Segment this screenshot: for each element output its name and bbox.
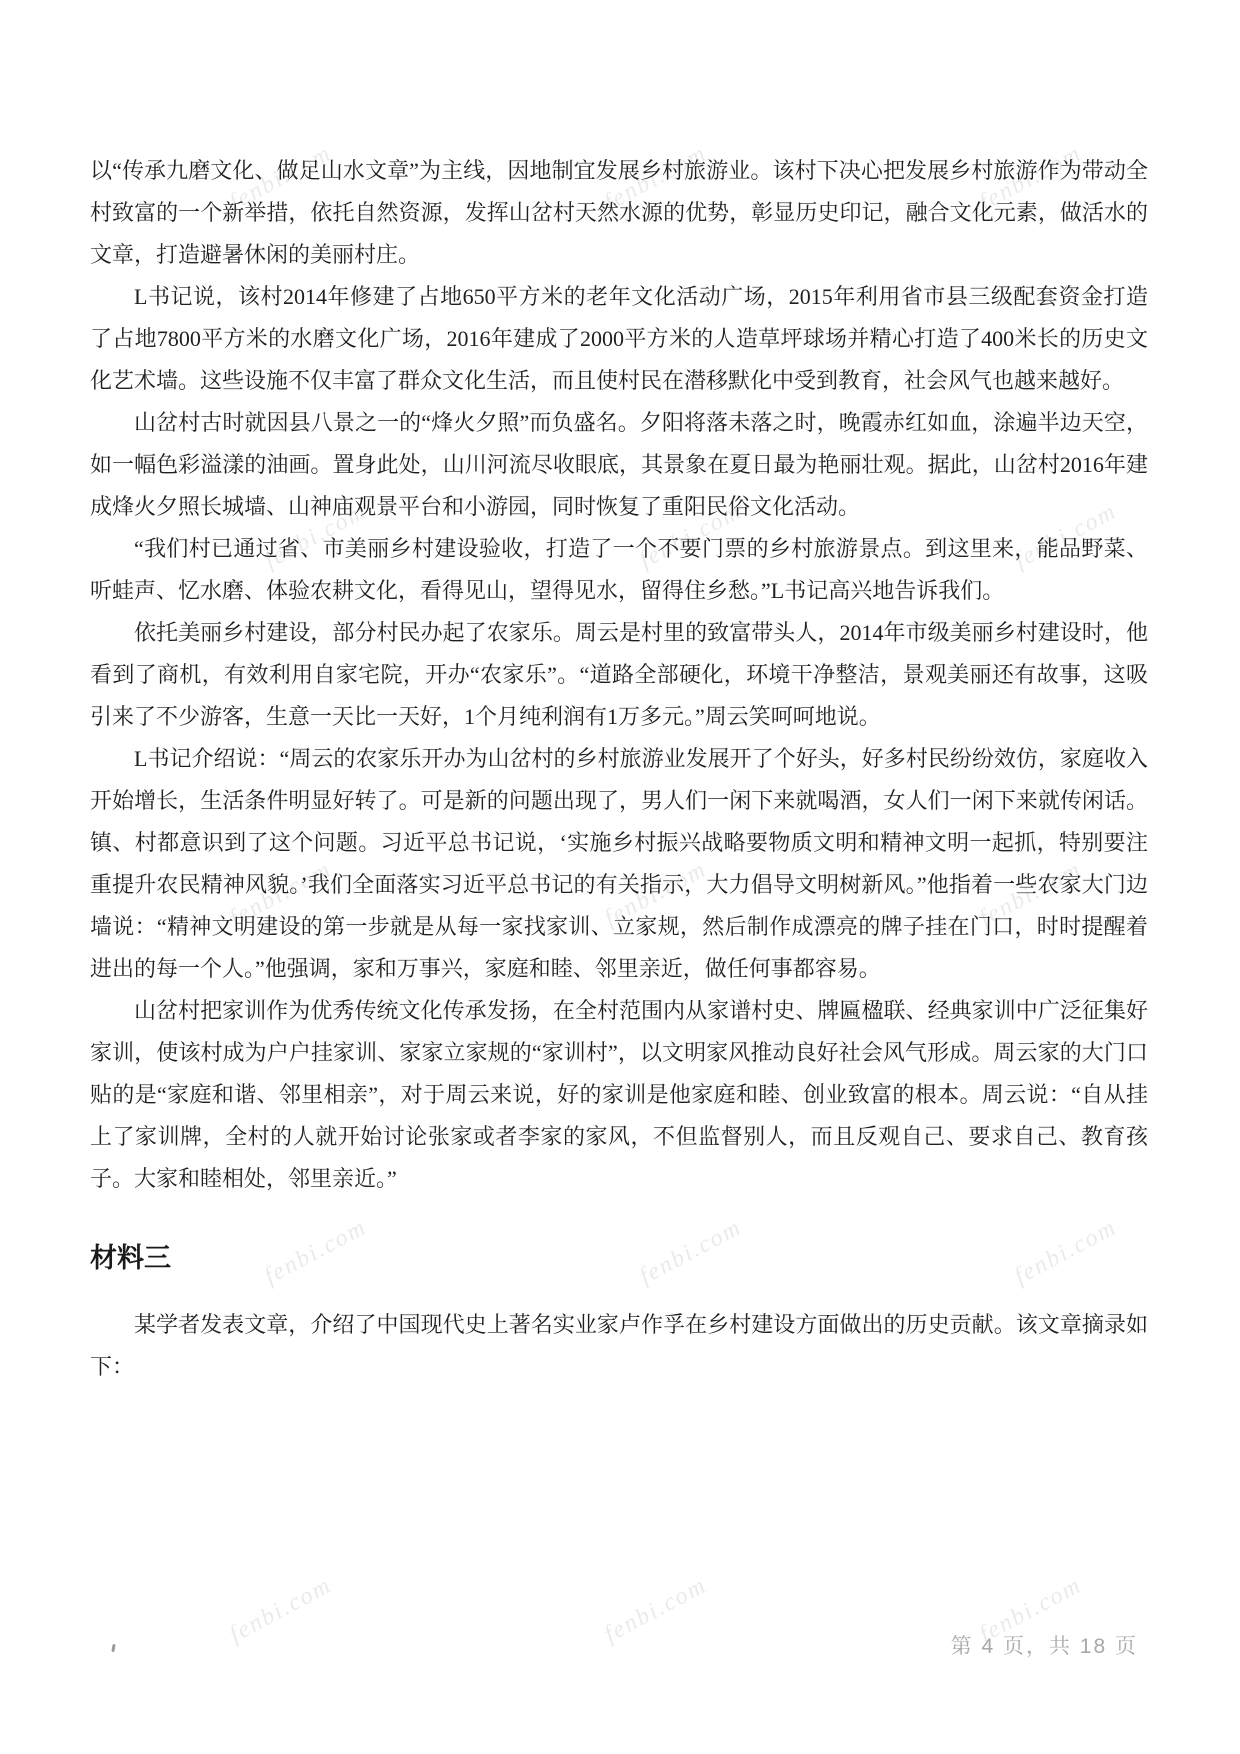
paragraph: L书记说，该村2014年修建了占地650平方米的老年文化活动广场，2015年利用… [90,276,1148,402]
section-heading: 材料三 [90,1240,1148,1276]
paragraph: L书记介绍说：“周云的农家乐开办为山岔村的乡村旅游业发展开了个好头，好多村民纷纷… [90,738,1148,990]
footer-speck-mark [111,1644,115,1652]
paragraph: 依托美丽乡村建设，部分村民办起了农家乐。周云是村里的致富带头人，2014年市级美… [90,612,1148,738]
paragraph: 山岔村古时就因县八景之一的“烽火夕照”而负盛名。夕阳将落未落之时，晚霞赤红如血，… [90,402,1148,528]
paragraph: 某学者发表文章，介绍了中国现代史上著名实业家卢作孚在乡村建设方面做出的历史贡献。… [90,1304,1148,1388]
paragraph: 以“传承九磨文化、做足山水文章”为主线，因地制宜发展乡村旅游业。该村下决心把发展… [90,150,1148,276]
page-number: 第 4 页，共 18 页 [951,1630,1138,1660]
watermark-text: fenbi.com [600,1572,712,1648]
document-content: 以“传承九磨文化、做足山水文章”为主线，因地制宜发展乡村旅游业。该村下决心把发展… [90,150,1148,1388]
document-page: fenbi.comfenbi.comfenbi.comfenbi.comfenb… [0,0,1240,1754]
paragraph: “我们村已通过省、市美丽乡村建设验收，打造了一个不要门票的乡村旅游景点。到这里来… [90,528,1148,612]
watermark-text: fenbi.com [225,1572,337,1648]
paragraph: 山岔村把家训作为优秀传统文化传承发扬，在全村范围内从家谱村史、牌匾楹联、经典家训… [90,990,1148,1200]
